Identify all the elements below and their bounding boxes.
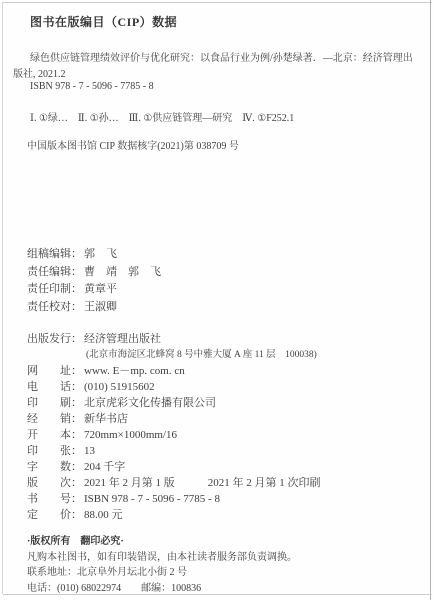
pub-row-format: 开 本：720mm×1000mm/16 <box>27 427 321 443</box>
pub-value: 新华书店 <box>84 413 128 425</box>
copyright-notice-phone-postcode: 电话：(010) 68022974 邮编：100836 <box>27 581 297 597</box>
pub-row-price: 定 价：88.00 元 <box>27 507 321 523</box>
cip-header: 图书在版编目（CIP）数据 <box>30 13 177 30</box>
staff-value: 曹 靖 郭 飞 <box>84 266 161 278</box>
copyright-notice-title: ·版权所有 翻印必究· <box>27 534 297 550</box>
book-copyright-page: 图书在版编目（CIP）数据 绿色供应链管理绩效评价与优化研究：以食品行业为例/孙… <box>0 0 435 600</box>
staff-value: 黄章平 <box>84 283 117 295</box>
scan-edge-left <box>2 2 3 594</box>
staff-row-acquisition-editor: 组稿编辑：郭 飞 <box>27 246 161 264</box>
pub-value: 204 千字 <box>84 461 125 473</box>
pub-label: 印 刷： <box>27 397 82 409</box>
scan-edge-top <box>3 2 432 3</box>
pub-value: 88.00 元 <box>84 509 123 521</box>
pub-value: 经济管理出版社 <box>84 333 161 345</box>
cip-classification: Ⅰ. ①绿… Ⅱ. ①孙… Ⅲ. ①供应链管理—研究 Ⅳ. ①F252.1 <box>30 109 294 124</box>
staff-row-print-supervisor: 责任印制：黄章平 <box>27 281 161 299</box>
copyright-notice-exchange: 凡购本社图书，如有印装错误，由本社读者服务部负责调换。 <box>27 550 297 566</box>
cip-isbn: ISBN 978 - 7 - 5096 - 7785 - 8 <box>30 81 154 92</box>
pub-row-edition: 版 次：2021 年 2 月第 1 版 2021 年 2 月第 1 次印刷 <box>27 475 321 491</box>
scan-edge-right <box>430 0 431 600</box>
pub-value: 13 <box>84 445 95 457</box>
staff-row-responsible-editor: 责任编辑：曹 靖 郭 飞 <box>27 264 161 282</box>
pub-row-word-count: 字 数：204 千字 <box>27 459 321 475</box>
pub-row-publisher-address: (北京市海淀区北蜂窝 8 号中雅大厦 A 座 11 层 100038) <box>27 347 321 363</box>
staff-row-proofreader: 责任校对：王淑卿 <box>27 299 161 317</box>
pub-label: 字 数： <box>27 461 82 473</box>
pub-row-website: 网 址：www. E－mp. com. cn <box>27 363 321 379</box>
staff-value: 王淑卿 <box>84 301 117 313</box>
cip-description-line2: 版社, 2021.2 <box>13 65 66 80</box>
pub-value: ISBN 978 - 7 - 5096 - 7785 - 8 <box>84 493 220 505</box>
staff-label: 责任印制： <box>27 283 82 295</box>
pub-label: 网 址： <box>27 365 82 377</box>
staff-credits-block: 组稿编辑：郭 飞 责任编辑：曹 靖 郭 飞 责任印制：黄章平 责任校对：王淑卿 <box>27 246 161 316</box>
pub-row-publisher: 出版发行：经济管理出版社 <box>27 331 321 347</box>
staff-label: 责任编辑： <box>27 266 82 278</box>
pub-value: 720mm×1000mm/16 <box>84 429 177 441</box>
pub-label: 开 本： <box>27 429 82 441</box>
pub-row-isbn: 书 号：ISBN 978 - 7 - 5096 - 7785 - 8 <box>27 491 321 507</box>
pub-value: www. E－mp. com. cn <box>84 365 185 377</box>
pub-label: 印 张： <box>27 445 82 457</box>
staff-value: 郭 飞 <box>84 248 117 260</box>
staff-label: 责任校对： <box>27 301 82 313</box>
pub-row-sheets: 印 张：13 <box>27 443 321 459</box>
pub-label: 书 号： <box>27 493 82 505</box>
publication-info-block: 出版发行：经济管理出版社 (北京市海淀区北蜂窝 8 号中雅大厦 A 座 11 层… <box>27 331 321 523</box>
pub-value: (北京市海淀区北蜂窝 8 号中雅大厦 A 座 11 层 100038) <box>86 350 317 360</box>
pub-value: 北京虎彩文化传播有限公司 <box>84 397 216 409</box>
cip-record-number: 中国版本图书馆 CIP 数据核字(2021)第 038709 号 <box>27 137 239 152</box>
pub-label: 电 话： <box>27 381 82 393</box>
pub-value: (010) 51915602 <box>84 381 155 393</box>
staff-label: 组稿编辑： <box>27 248 82 260</box>
pub-label: 出版发行： <box>27 333 82 345</box>
copyright-notice-block: ·版权所有 翻印必究· 凡购本社图书，如有印装错误，由本社读者服务部负责调换。 … <box>27 534 297 596</box>
pub-label: 定 价： <box>27 509 82 521</box>
copyright-notice-address: 联系地址：北京阜外月坛北小街 2 号 <box>27 565 297 581</box>
pub-label: 经 销： <box>27 413 82 425</box>
cip-description-line1: 绿色供应链管理绩效评价与优化研究：以食品行业为例/孙楚绿著．—北京：经济管理出 <box>30 49 413 64</box>
pub-value: 2021 年 2 月第 1 版 2021 年 2 月第 1 次印刷 <box>84 477 321 489</box>
pub-row-printer: 印 刷：北京虎彩文化传播有限公司 <box>27 395 321 411</box>
pub-label: 版 次： <box>27 477 82 489</box>
pub-row-distributor: 经 销：新华书店 <box>27 411 321 427</box>
pub-row-phone: 电 话：(010) 51915602 <box>27 379 321 395</box>
